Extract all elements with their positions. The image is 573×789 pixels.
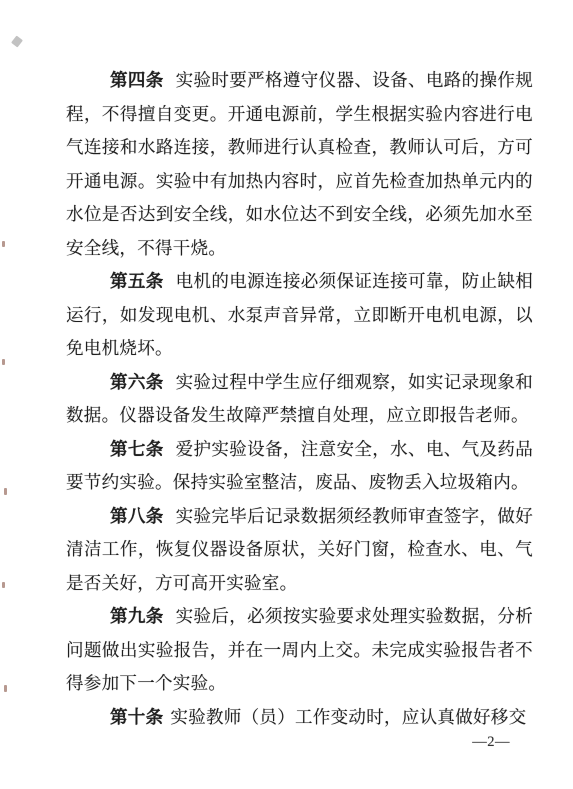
page-number: —2— [472, 734, 510, 751]
scanned-document-page: 第四条实验时要严格遵守仪器、设备、电路的操作规程，不得擅自变更。开通电源前，学生… [0, 0, 573, 789]
paragraph: 第七条爱护实验设备，注意安全，水、电、气及药品要节约实验。保持实验室整洁，废品、… [66, 433, 533, 500]
article-heading: 第九条 [110, 606, 164, 626]
article-text: 实验时要严格遵守仪器、设备、电路的操作规程，不得擅自变更。开通电源前，学生根据实… [66, 70, 533, 258]
paragraph: 第九条实验后，必须按实验要求处理实验数据，分析问题做出实验报告，并在一周内上交。… [66, 600, 533, 701]
article-heading: 第五条 [110, 271, 164, 291]
paragraph: 第四条实验时要严格遵守仪器、设备、电路的操作规程，不得擅自变更。开通电源前，学生… [66, 64, 533, 265]
paragraph: 第十条实验教师（员）工作变动时，应认真做好移交 [66, 701, 533, 735]
paragraph: 第五条电机的电源连接必须保证连接可靠，防止缺相运行，如发现电机、水泵声音异常，立… [66, 265, 533, 366]
article-heading: 第十条 [110, 707, 163, 727]
paragraph: 第六条实验过程中学生应仔细观察，如实记录现象和数据。仪器设备发生故障严禁擅自处理… [66, 366, 533, 433]
article-heading: 第七条 [110, 439, 164, 459]
article-heading: 第四条 [110, 70, 164, 90]
document-body: 第四条实验时要严格遵守仪器、设备、电路的操作规程，不得擅自变更。开通电源前，学生… [0, 0, 573, 734]
article-heading: 第六条 [110, 372, 164, 392]
article-heading: 第八条 [110, 506, 164, 526]
paragraph: 第八条实验完毕后记录数据须经教师审查签字，做好清洁工作，恢复仪器设备原状，关好门… [66, 500, 533, 601]
article-text: 实验教师（员）工作变动时，应认真做好移交 [170, 707, 526, 727]
